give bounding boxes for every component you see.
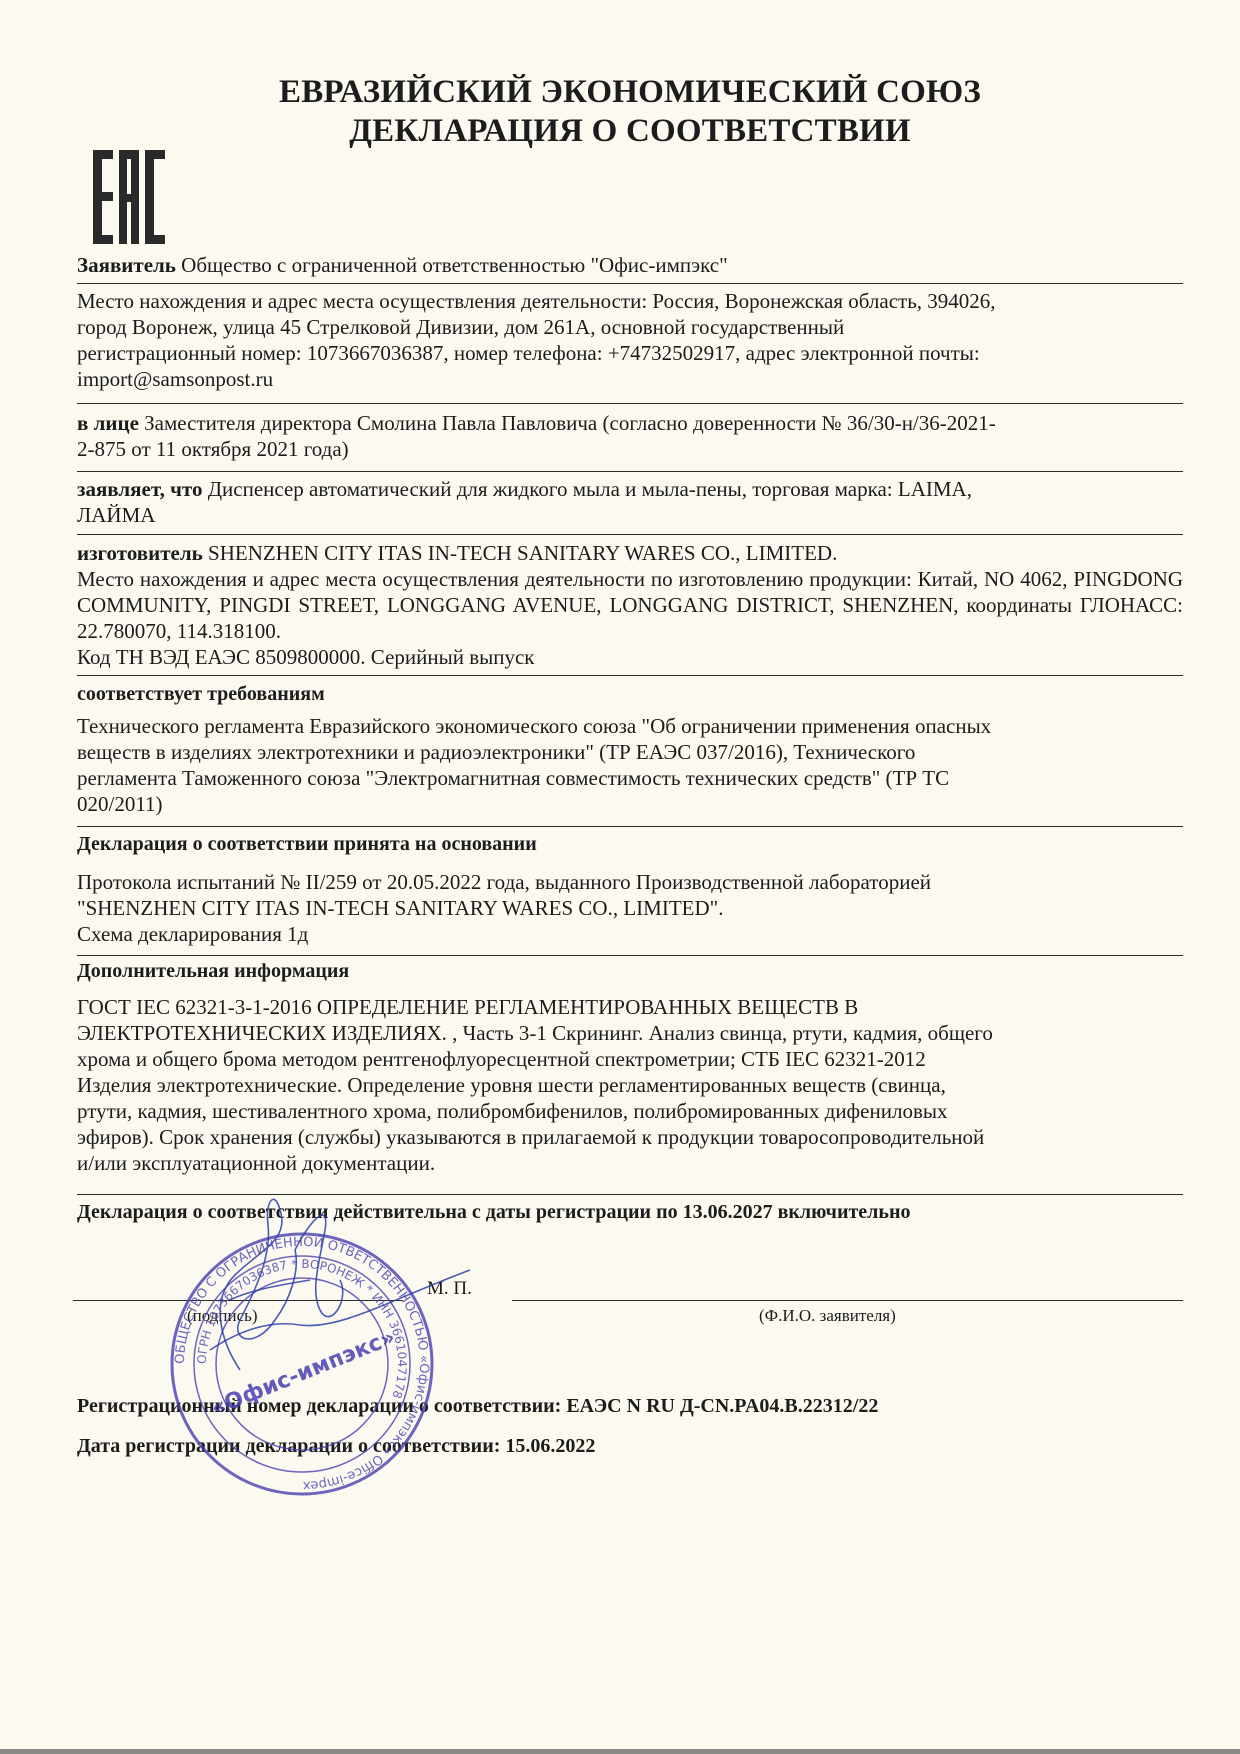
product-line: ЛАЙМА <box>77 502 1183 528</box>
address-line: Место нахождения и адрес места осуществл… <box>77 288 1183 314</box>
divider <box>77 675 1183 676</box>
additional-line: ГОСТ IEC 62321-3-1-2016 ОПРЕДЕЛЕНИЕ РЕГЛ… <box>77 994 1183 1020</box>
address-email: import@samsonpost.ru <box>77 366 1183 392</box>
requirements-line: регламента Таможенного союза "Электромаг… <box>77 765 1183 791</box>
manufacturer-address: Место нахождения и адрес места осуществл… <box>77 566 1183 644</box>
requirements-line: веществ в изделиях электротехники и ради… <box>77 739 1183 765</box>
requirements-heading: соответствует требованиям <box>77 681 1183 707</box>
product-line: Диспенсер автоматический для жидкого мыл… <box>208 477 972 501</box>
scan-edge <box>0 1749 1240 1754</box>
representative-line: Заместителя директора Смолина Павла Павл… <box>144 411 996 435</box>
manufacturer-code: Код ТН ВЭД ЕАЭС 8509800000. Серийный вып… <box>77 644 1183 670</box>
applicant-name-line <box>512 1300 1183 1301</box>
manufacturer-name: SHENZHEN CITY ITAS IN-TECH SANITARY WARE… <box>208 541 837 565</box>
applicant-address: Место нахождения и адрес места осуществл… <box>77 288 1183 392</box>
divider <box>77 826 1183 827</box>
additional-line: ЭЛЕКТРОТЕХНИЧЕСКИХ ИЗДЕЛИЯХ. , Часть 3-1… <box>77 1020 1183 1046</box>
divider <box>77 955 1183 956</box>
eac-logo-icon <box>93 150 165 244</box>
applicant-line: Заявитель Общество с ограниченной ответс… <box>77 252 1183 278</box>
divider <box>77 534 1183 535</box>
requirements-line: 020/2011) <box>77 791 1183 817</box>
declaration-scheme: Схема декларирования 1д <box>77 921 1183 947</box>
additional-text: ГОСТ IEC 62321-3-1-2016 ОПРЕДЕЛЕНИЕ РЕГЛ… <box>77 994 1183 1176</box>
header-union-title: ЕВРАЗИЙСКИЙ ЭКОНОМИЧЕСКИЙ СОЮЗ <box>77 72 1183 112</box>
header-declaration-title: ДЕКЛАРАЦИЯ О СООТВЕТСТВИИ <box>77 111 1183 151</box>
manufacturer-label: изготовитель <box>77 541 203 565</box>
address-line: регистрационный номер: 1073667036387, но… <box>77 340 1183 366</box>
applicant-value: Общество с ограниченной ответственностью… <box>181 253 728 277</box>
applicant-name-caption: (Ф.И.О. заявителя) <box>759 1306 896 1326</box>
additional-line: эфиров). Срок хранения (службы) указываю… <box>77 1124 1183 1150</box>
manufacturer: изготовитель SHENZHEN CITY ITAS IN-TECH … <box>77 540 1183 566</box>
representative-line: 2-875 от 11 октября 2021 года) <box>77 436 1183 462</box>
divider <box>77 283 1183 284</box>
address-line: город Воронеж, улица 45 Стрелковой Дивиз… <box>77 314 1183 340</box>
representative: в лице Заместителя директора Смолина Пав… <box>77 410 1183 462</box>
declares-label: заявляет, что <box>77 477 202 501</box>
requirements-line: Технического регламента Евразийского эко… <box>77 713 1183 739</box>
basis-line: Протокола испытаний № II/259 от 20.05.20… <box>77 869 1183 895</box>
basis-line: "SHENZHEN CITY ITAS IN-TECH SANITARY WAR… <box>77 895 1183 921</box>
basis-heading: Декларация о соответствии принята на осн… <box>77 831 1183 857</box>
applicant-label: Заявитель <box>77 253 176 277</box>
additional-line: Изделия электротехнические. Определение … <box>77 1072 1183 1098</box>
divider <box>77 403 1183 404</box>
divider <box>77 471 1183 472</box>
representative-label: в лице <box>77 411 139 435</box>
additional-line: хрома и общего брома методом рентгенофлу… <box>77 1046 1183 1072</box>
additional-line: ртути, кадмия, шестивалентного хрома, по… <box>77 1098 1183 1124</box>
handwritten-signature <box>180 1180 480 1380</box>
requirements-text: Технического регламента Евразийского эко… <box>77 713 1183 817</box>
additional-line: и/или эксплуатационной документации. <box>77 1150 1183 1176</box>
product-declaration: заявляет, что Диспенсер автоматический д… <box>77 476 1183 528</box>
additional-heading: Дополнительная информация <box>77 958 1183 984</box>
basis-text: Протокола испытаний № II/259 от 20.05.20… <box>77 869 1183 947</box>
